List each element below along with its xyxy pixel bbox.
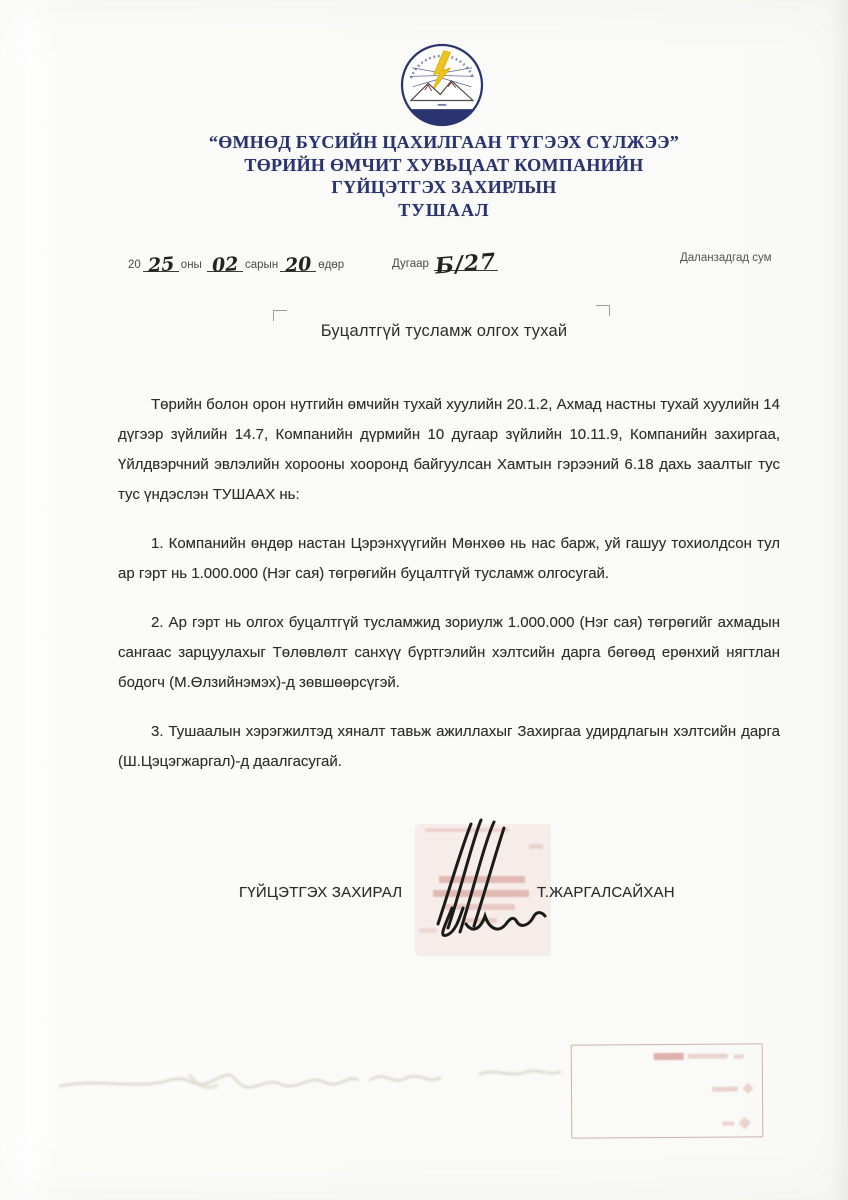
month-label: сарын — [245, 259, 278, 271]
number-label: Дугаар — [392, 258, 429, 270]
registration-stamp-box — [571, 1043, 764, 1138]
scanned-order-document: “ӨМНӨД БҮСИЙН ЦАХИЛГААН ТҮГЭЭХ СҮЛЖЭЭ” Т… — [0, 0, 848, 1200]
year-handwritten: 25 — [147, 258, 174, 272]
dateline: 2025оны 02сарын20өдөр Дугаар Б/27 Даланз… — [0, 244, 848, 284]
year-label: оны — [181, 259, 202, 271]
order-item-2: 2. Ар гэрт нь олгох буцалтгүй тусламжид … — [118, 608, 780, 698]
signatory-name: Т.ЖАРГАЛСАЙХАН — [537, 884, 675, 901]
order-item-3: 3. Тушаалын хэрэгжилтэд хяналт тавьж ажи… — [118, 717, 780, 777]
place-name: Даланзадгад сум — [680, 252, 772, 264]
order-item-1: 1. Компанийн өндөр настан Цэрэнхүүгийн М… — [118, 529, 780, 589]
scan-edge-shading — [830, 0, 848, 1200]
doc-type-title: ТУШААЛ — [40, 199, 848, 222]
day-handwritten: 20 — [285, 258, 312, 272]
number-handwritten: Б/27 — [435, 255, 497, 272]
org-type-line: ТӨРИЙН ӨМЧИТ ХУВЬЦААТ КОМПАНИЙН — [40, 154, 848, 177]
emblem-year-mark — [438, 104, 447, 106]
executive-signature — [412, 812, 552, 940]
crop-mark-right — [596, 305, 610, 316]
day-label: өдөр — [318, 259, 344, 271]
crop-mark-left — [273, 310, 287, 321]
document-subject: Буцалтгүй тусламж олгох тухай — [40, 322, 848, 341]
org-role-line: ГҮЙЦЭТГЭХ ЗАХИРЛЫН — [40, 176, 848, 199]
date-field: 2025оны 02сарын20өдөр — [128, 256, 344, 272]
document-header: “ӨМНӨД БҮСИЙН ЦАХИЛГААН ТҮГЭЭХ СҮЛЖЭЭ” Т… — [40, 131, 848, 221]
preamble-paragraph: Төрийн болон орон нутгийн өмчийн тухай х… — [118, 390, 780, 510]
year-prefix: 20 — [128, 259, 141, 271]
company-emblem-logo — [396, 42, 488, 128]
org-name-line: “ӨМНӨД БҮСИЙН ЦАХИЛГААН ТҮГЭЭХ СҮЛЖЭЭ” — [40, 131, 848, 154]
signatory-title: ГҮЙЦЭТГЭХ ЗАХИРАЛ — [239, 884, 402, 901]
number-field: Дугаар Б/27 — [392, 254, 500, 271]
emblem-base — [410, 109, 474, 125]
document-body: Төрийн болон орон нутгийн өмчийн тухай х… — [118, 390, 780, 796]
month-handwritten: 02 — [211, 258, 238, 272]
bleedthrough-handwriting — [40, 1050, 580, 1110]
